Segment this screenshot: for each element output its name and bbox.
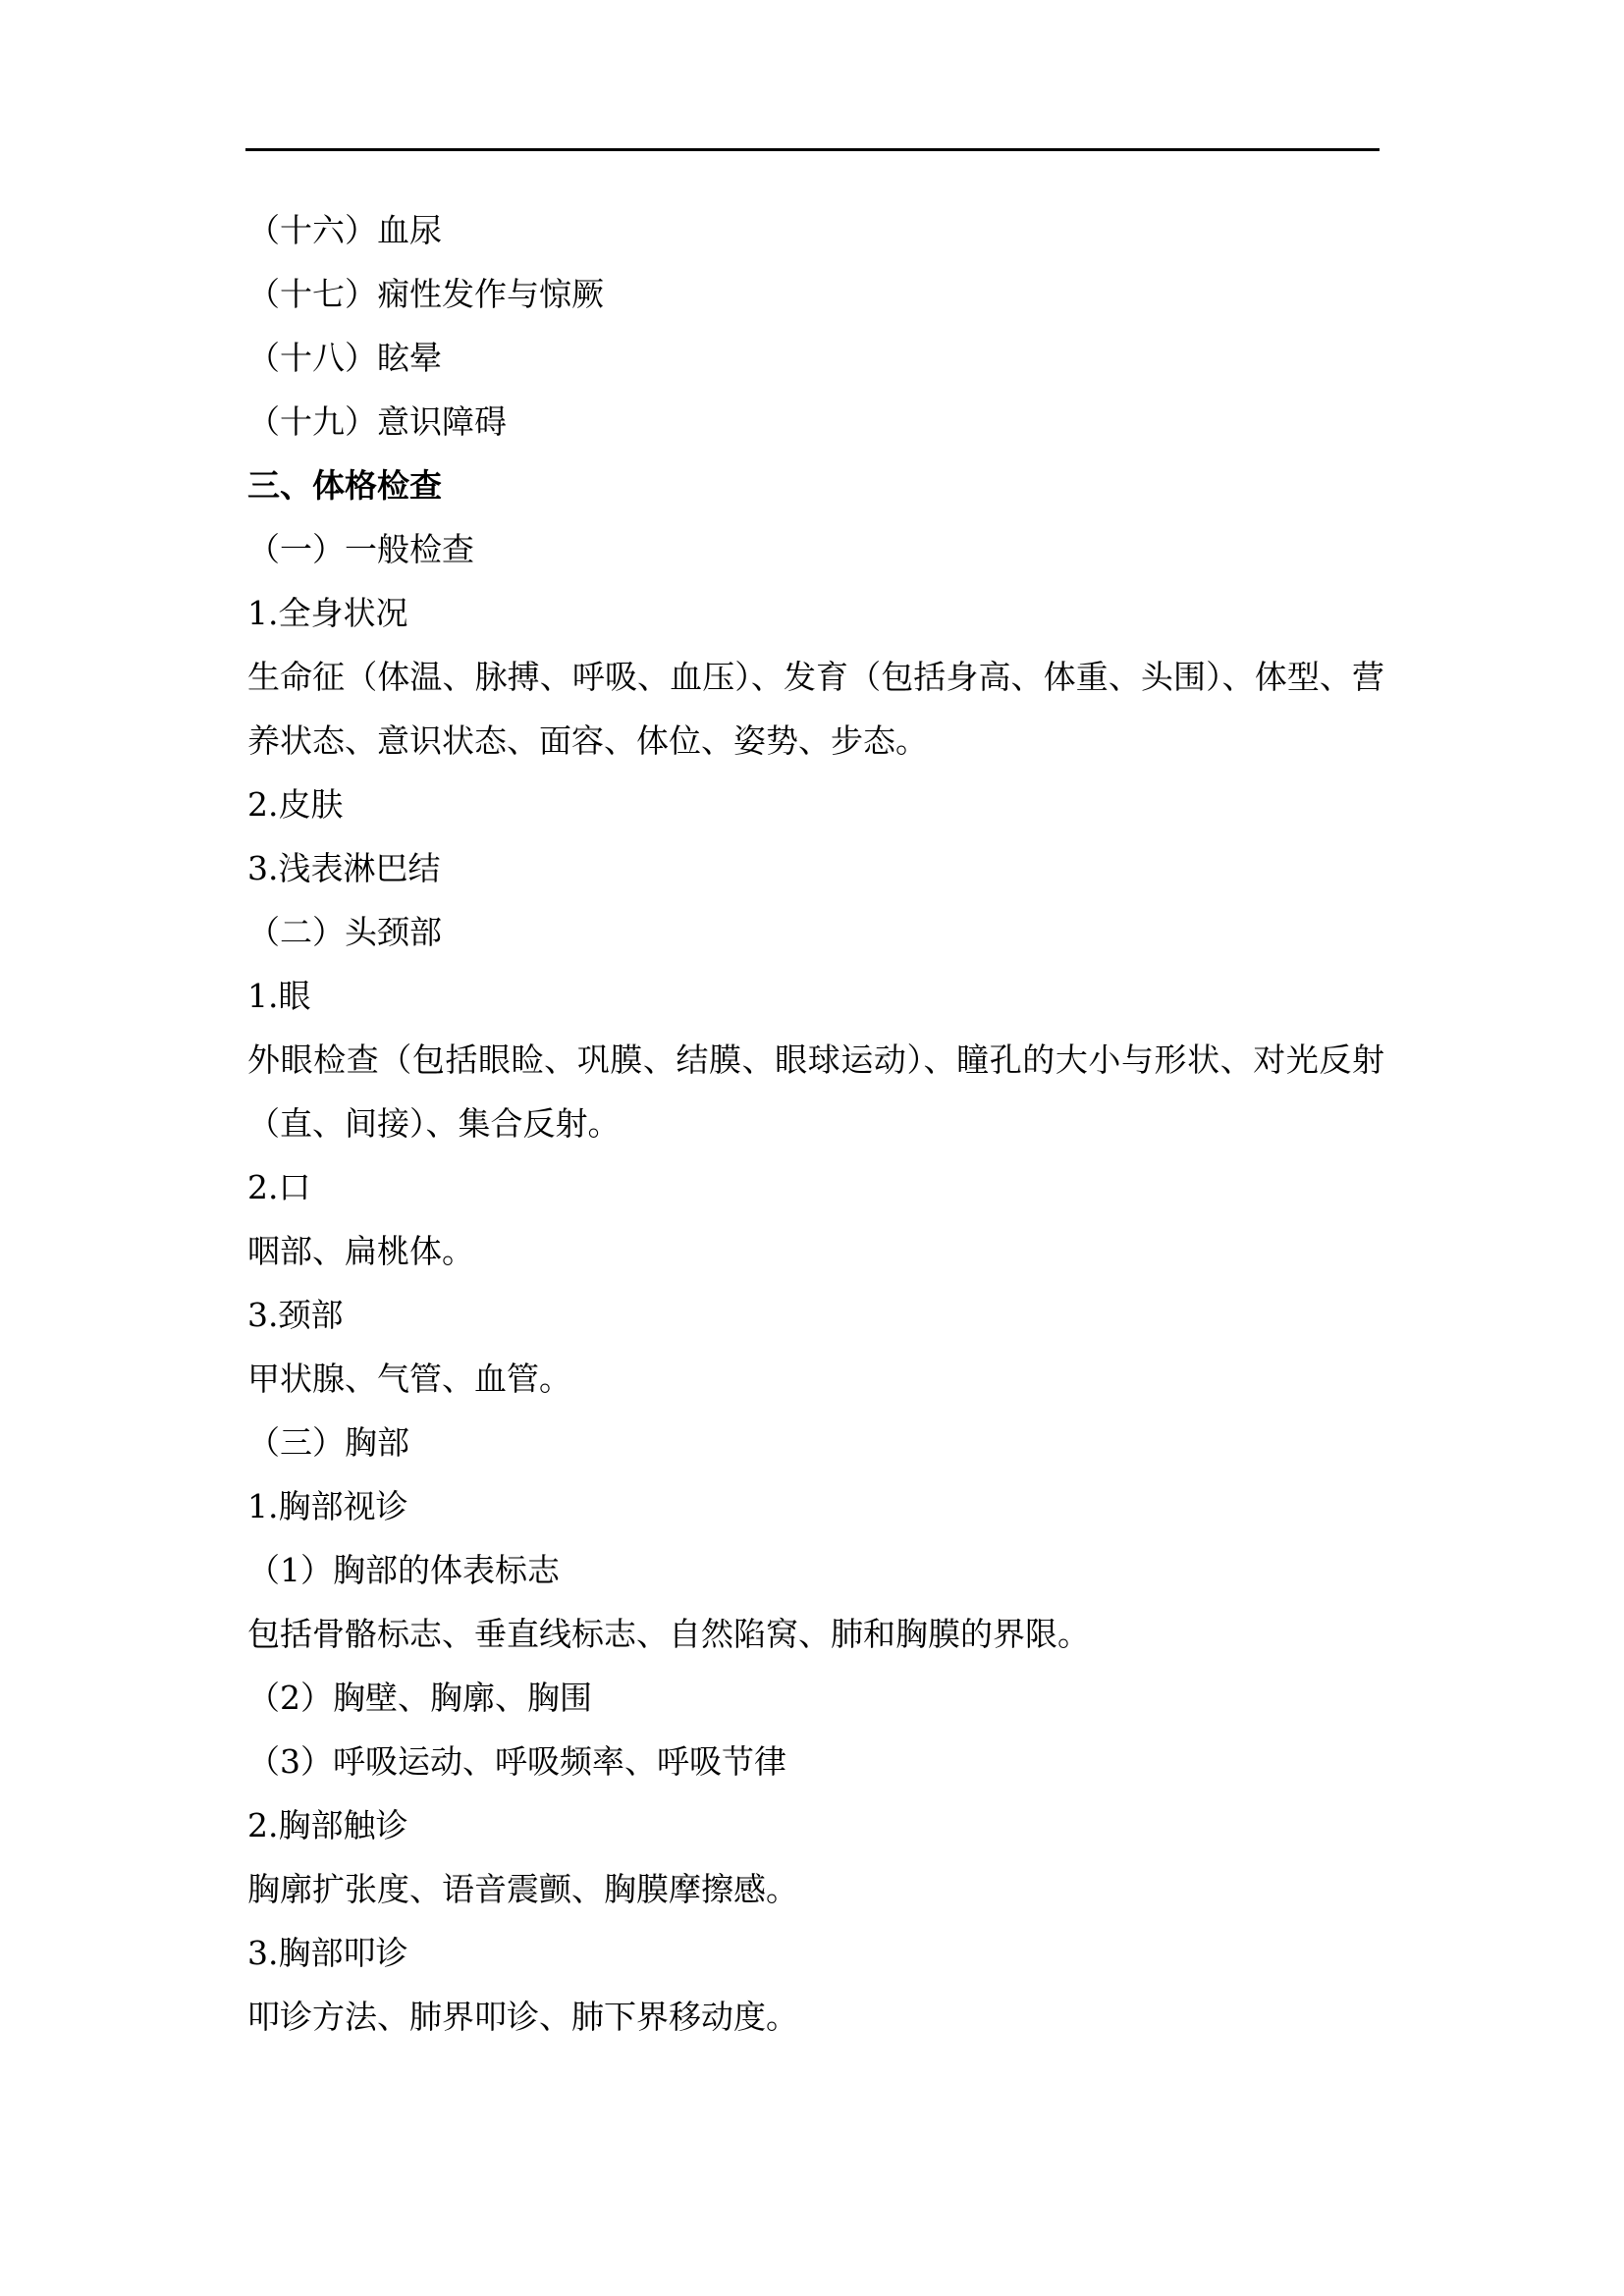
item-chest-inspection: 1.胸部视诊 [247, 1474, 1384, 1538]
paragraph-line: 生命征（体温、脉搏、呼吸、血压）、发育（包括身高、体重、头围）、体型、营 [247, 645, 1384, 709]
subitem-respiration: （3）呼吸运动、呼吸频率、呼吸节律 [247, 1730, 1384, 1793]
paragraph-line: 养状态、意识状态、面容、体位、姿势、步态。 [247, 709, 1384, 773]
item-general-condition: 1.全身状况 [247, 581, 1384, 645]
paragraph-line: 胸廓扩张度、语音震颤、胸膜摩擦感。 [247, 1857, 1384, 1921]
paragraph-line: 甲状腺、气管、血管。 [247, 1347, 1384, 1411]
paragraph-line: 包括骨骼标志、垂直线标志、自然陷窝、肺和胸膜的界限。 [247, 1602, 1384, 1666]
list-item-hematuria: （十六）血尿 [247, 198, 1384, 262]
section-heading-physical-exam: 三、体格检查 [247, 454, 1384, 517]
list-item-seizures: （十七）痫性发作与惊厥 [247, 262, 1384, 326]
subsection-general-exam: （一）一般检查 [247, 517, 1384, 581]
paragraph-line: 叩诊方法、肺界叩诊、肺下界移动度。 [247, 1985, 1384, 2049]
list-item-vertigo: （十八）眩晕 [247, 326, 1384, 390]
subitem-surface-landmarks: （1）胸部的体表标志 [247, 1538, 1384, 1602]
item-lymph-nodes: 3.浅表淋巴结 [247, 836, 1384, 900]
list-item-consciousness: （十九）意识障碍 [247, 390, 1384, 454]
paragraph-line: 咽部、扁桃体。 [247, 1219, 1384, 1283]
paragraph-line: （直、间接）、集合反射。 [247, 1092, 1384, 1155]
item-mouth: 2.口 [247, 1155, 1384, 1219]
subsection-head-neck: （二）头颈部 [247, 900, 1384, 964]
document-body: （十六）血尿 （十七）痫性发作与惊厥 （十八）眩晕 （十九）意识障碍 三、体格检… [247, 198, 1384, 2049]
item-skin: 2.皮肤 [247, 773, 1384, 836]
document-page: （十六）血尿 （十七）痫性发作与惊厥 （十八）眩晕 （十九）意识障碍 三、体格检… [0, 0, 1624, 2296]
item-chest-percussion: 3.胸部叩诊 [247, 1921, 1384, 1985]
subsection-chest: （三）胸部 [247, 1411, 1384, 1474]
header-rule-divider [245, 148, 1380, 151]
item-chest-palpation: 2.胸部触诊 [247, 1793, 1384, 1857]
item-eye: 1.眼 [247, 964, 1384, 1028]
subitem-chest-wall: （2）胸壁、胸廓、胸围 [247, 1666, 1384, 1730]
item-neck: 3.颈部 [247, 1283, 1384, 1347]
paragraph-line: 外眼检查（包括眼睑、巩膜、结膜、眼球运动）、瞳孔的大小与形状、对光反射 [247, 1028, 1384, 1092]
